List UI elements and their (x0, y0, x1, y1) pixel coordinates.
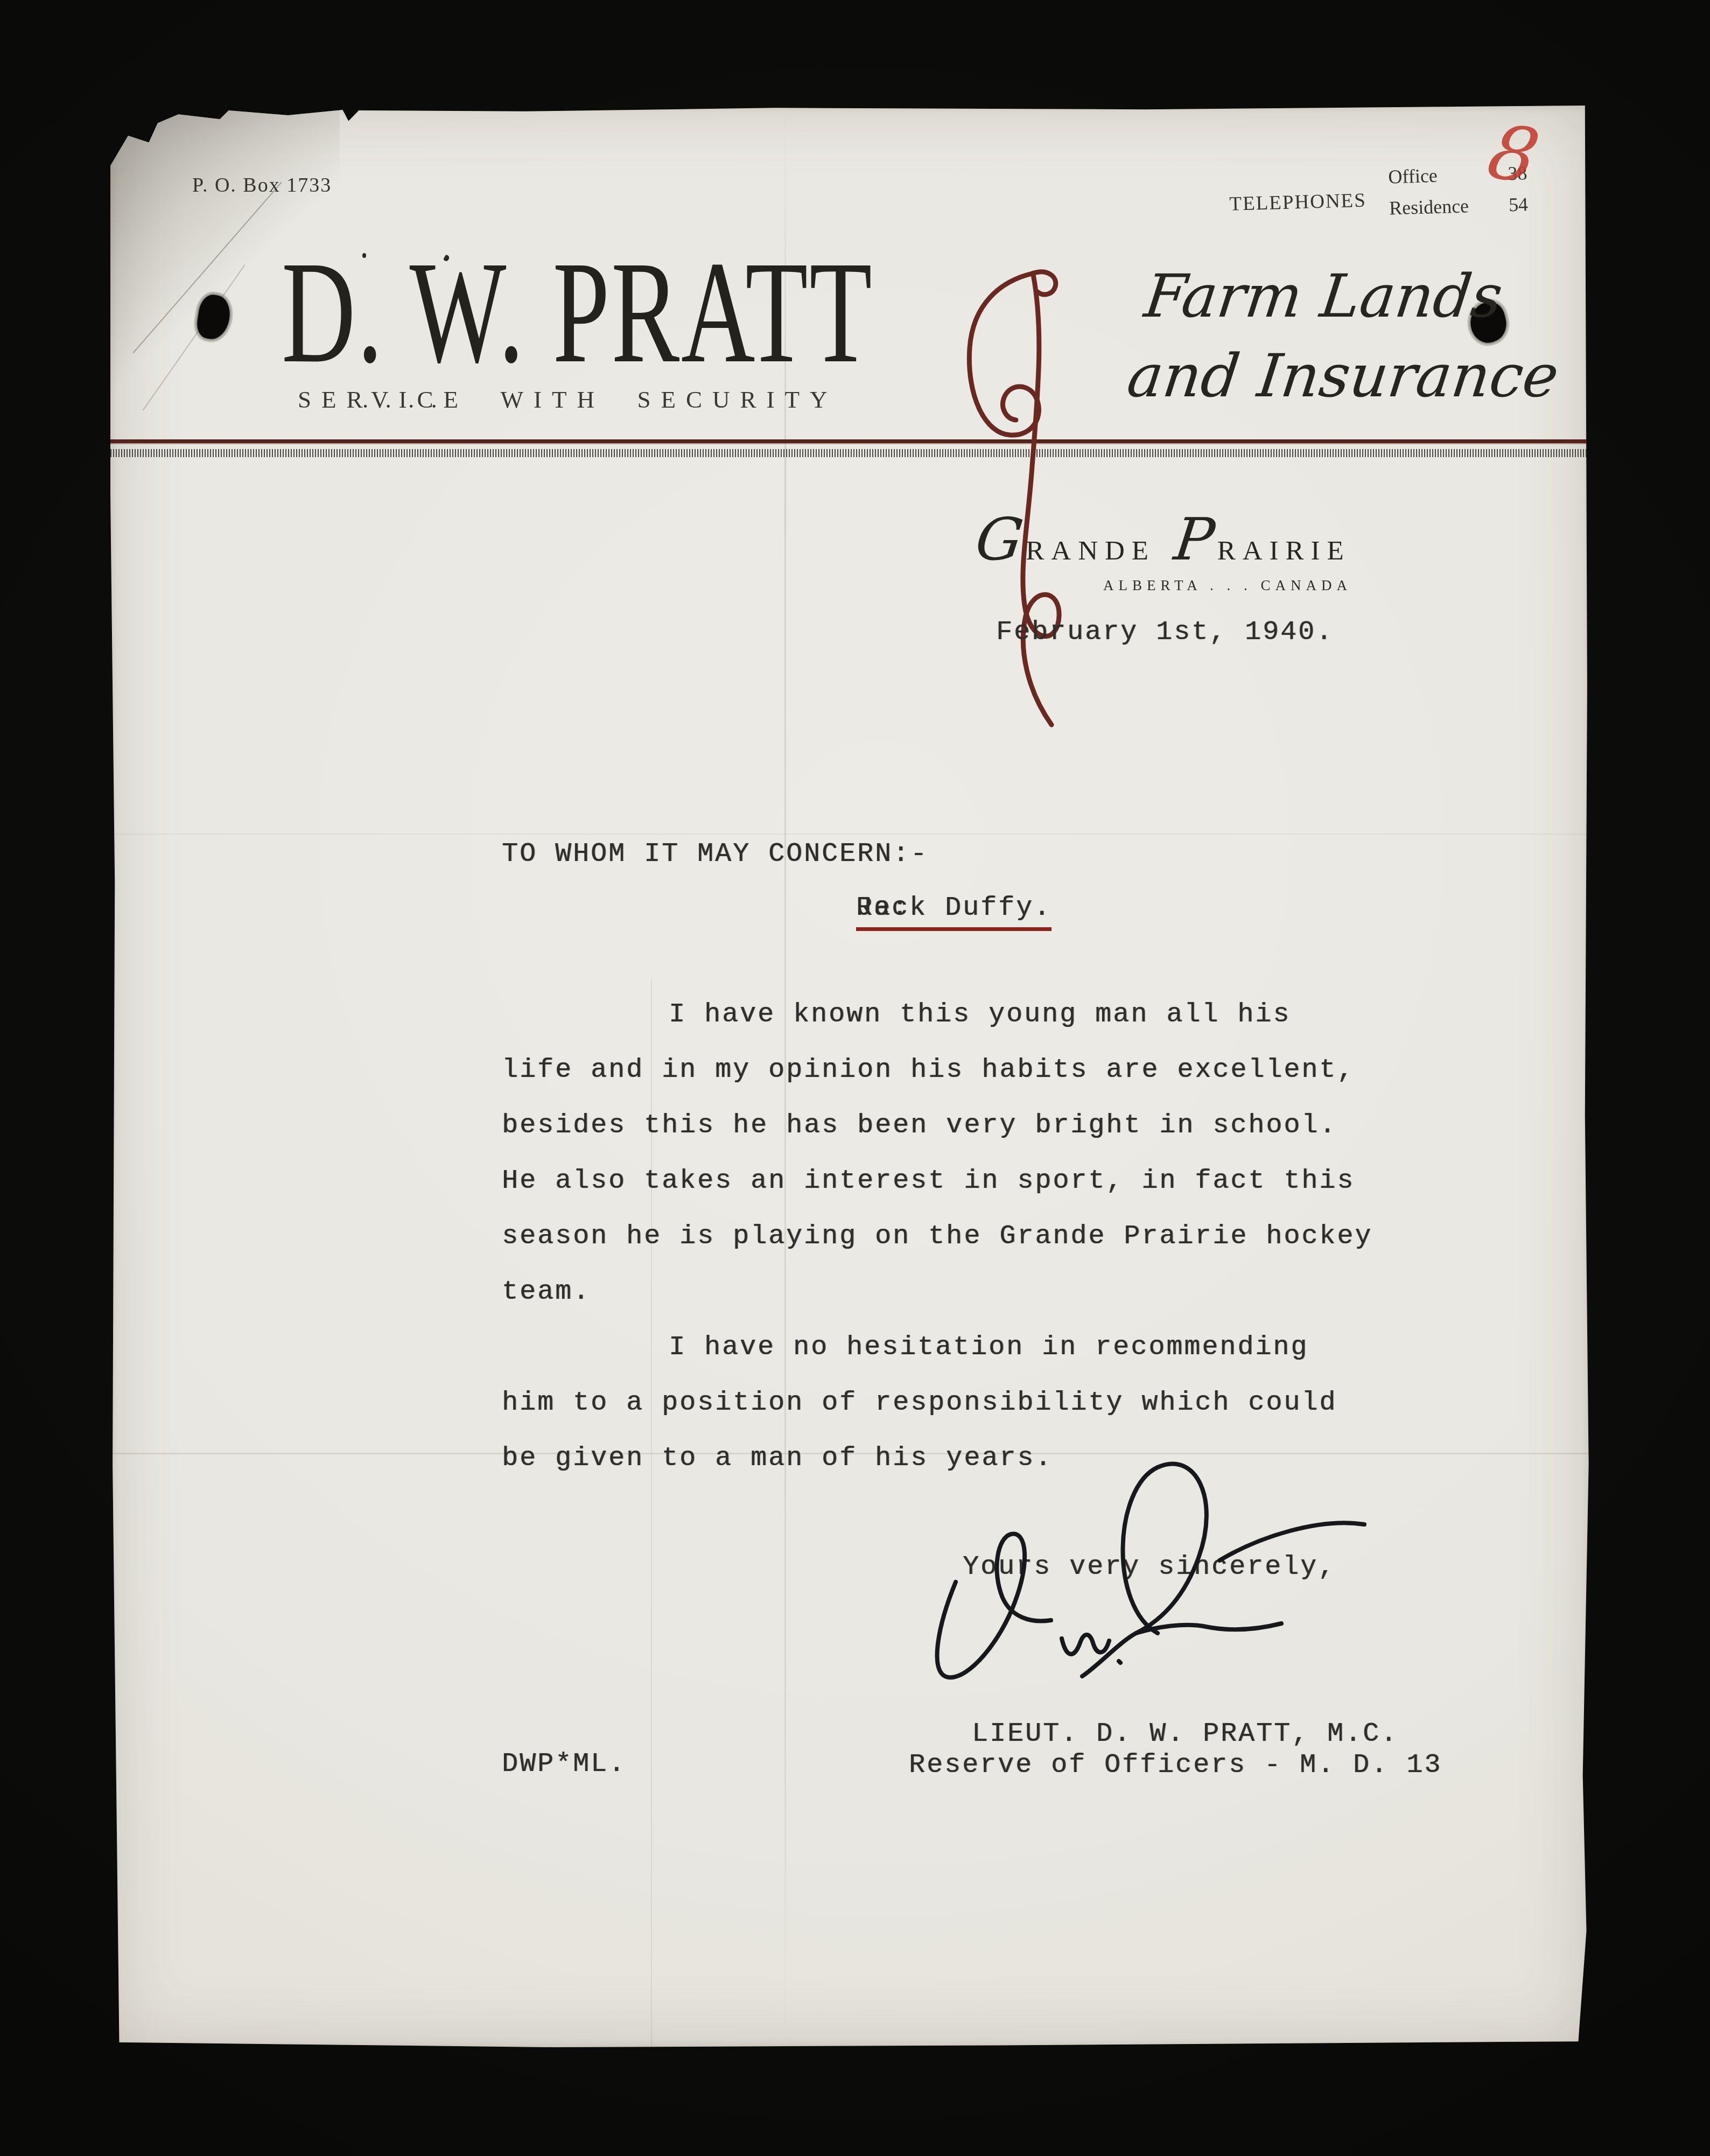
phone-label: Office (1388, 164, 1438, 188)
city-caps: RAIRIE (1217, 535, 1351, 566)
letter-page: P. O. Box 1733 TELEPHONES Office 38 Resi… (110, 106, 1589, 2047)
typed-line: life and in my opinion his habits are ex… (502, 1055, 1355, 1086)
typed-line: I have no hesitation in recommending (669, 1332, 1308, 1363)
re-label: Re: (856, 893, 927, 924)
slogan-text: SERVICE WITH SECURITY (298, 386, 838, 414)
scan-background: P. O. Box 1733 TELEPHONES Office 38 Resi… (0, 0, 1710, 2156)
typed-line: season he is playing on the Grande Prair… (502, 1221, 1372, 1252)
signed-title: Reserve of Officers - M. D. 13 (909, 1750, 1442, 1781)
typed-line: I have known this young man all his (669, 999, 1291, 1031)
typed-line: team. (502, 1277, 591, 1308)
company-name: D. W. PRATT (282, 239, 873, 386)
re-line: Re: Jack Duffy. (856, 893, 1052, 924)
typed-line: him to a position of responsibility whic… (502, 1388, 1337, 1419)
letterhead-rule-hatch (110, 449, 1589, 457)
telephones-label: TELEPHONES (1229, 189, 1367, 224)
signed-name: LIEUT. D. W. PRATT, M.C. (972, 1719, 1398, 1750)
date-line: February 1st, 1940. (996, 617, 1334, 648)
signature (905, 1454, 1378, 1707)
city-initial: P (1172, 514, 1217, 566)
handwritten-red-number: 8 (1482, 115, 1545, 194)
horizontal-crease (110, 834, 1589, 835)
city-name: G RANDE P RAIRIE (976, 514, 1351, 566)
typist-initials: DWP*ML. (502, 1749, 626, 1780)
po-box: P. O. Box 1733 (192, 173, 332, 197)
service-line-insurance: and Insurance (1124, 341, 1562, 410)
city-initial: G (973, 514, 1026, 566)
typed-line: besides this he has been very bright in … (502, 1110, 1337, 1142)
typed-line: He also takes an interest in sport, in f… (502, 1166, 1355, 1197)
letterhead-rule (110, 439, 1589, 443)
phone-label: Residence (1389, 194, 1469, 219)
service-line-farm-lands: Farm Lands (1141, 262, 1506, 331)
city-caps: RANDE (1026, 535, 1155, 566)
company-slogan: SERVICE WITH SECURITY. . . . (298, 386, 443, 414)
flourish-ornament (951, 266, 1070, 730)
salutation: TO WHOM IT MAY CONCERN:- (502, 839, 928, 870)
region-line: ALBERTA . . . CANADA (1103, 577, 1352, 594)
